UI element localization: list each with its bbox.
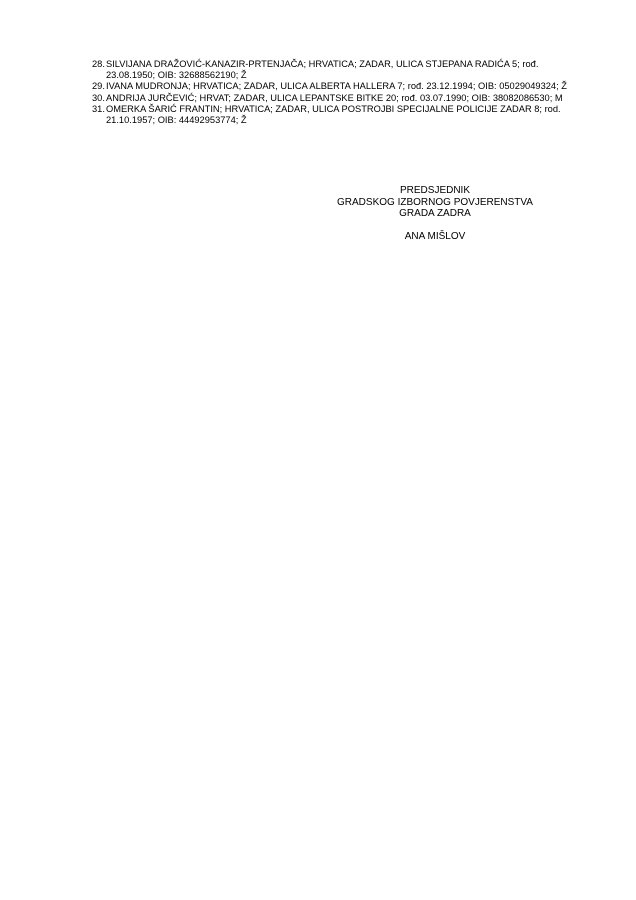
signature-body: GRADSKOG IZBORNOG POVJERENSTVA <box>310 197 560 209</box>
item-text: ANDRIJA JURČEVIĆ; HRVAT; ZADAR, ULICA LE… <box>106 93 572 104</box>
list-item: 29. IVANA MUDRONJA; HRVATICA; ZADAR, ULI… <box>92 81 572 92</box>
signature-name: ANA MIŠLOV <box>310 231 560 243</box>
item-number: 29. <box>92 81 106 92</box>
list-item: 30. ANDRIJA JURČEVIĆ; HRVAT; ZADAR, ULIC… <box>92 93 572 104</box>
list-item: 28. SILVIJANA DRAŽOVIĆ-KANAZIR-PRTENJAČA… <box>92 59 572 81</box>
item-number: 30. <box>92 93 106 104</box>
item-text: OMERKA ŠARIĆ FRANTIN; HRVATICA; ZADAR, U… <box>106 104 572 126</box>
candidate-list: 28. SILVIJANA DRAŽOVIĆ-KANAZIR-PRTENJAČA… <box>92 59 572 126</box>
signature-city: GRADA ZADRA <box>310 208 560 220</box>
signature-block: PREDSJEDNIK GRADSKOG IZBORNOG POVJERENST… <box>310 185 560 242</box>
item-text: IVANA MUDRONJA; HRVATICA; ZADAR, ULICA A… <box>106 81 572 92</box>
list-item: 31. OMERKA ŠARIĆ FRANTIN; HRVATICA; ZADA… <box>92 104 572 126</box>
item-text: SILVIJANA DRAŽOVIĆ-KANAZIR-PRTENJAČA; HR… <box>106 59 572 81</box>
item-number: 28. <box>92 59 106 81</box>
item-number: 31. <box>92 104 106 126</box>
signature-title: PREDSJEDNIK <box>310 185 560 197</box>
